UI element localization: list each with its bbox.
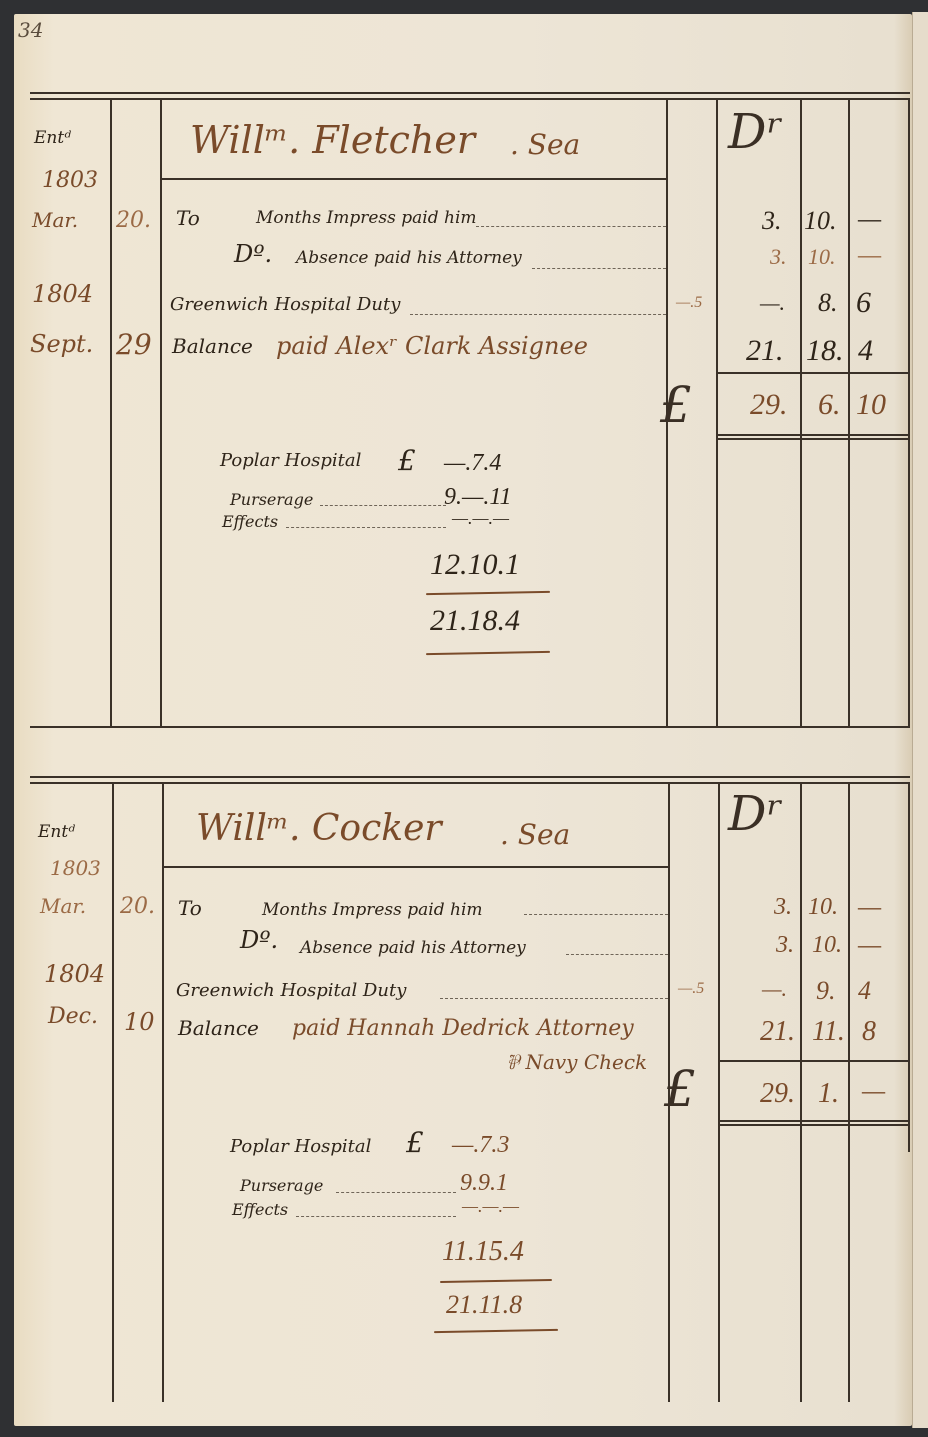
entered-year: 1803 (50, 856, 101, 880)
breakdown-label: Poplar Hospital (230, 1136, 371, 1157)
breakdown-value: 9.—.11 (444, 484, 512, 511)
entered-day: 20. (116, 208, 151, 233)
line-prefix: To (178, 896, 202, 920)
line-pence: — (858, 930, 881, 960)
pound-sign: £ (660, 376, 692, 434)
account-name: Willᵐ. Cocker (196, 808, 442, 849)
line-shillings: 10. (808, 244, 836, 270)
line-pence: 6 (856, 286, 871, 320)
line-shillings: 11. (812, 1016, 845, 1048)
breakdown-value: —.7.3 (452, 1132, 509, 1159)
entered-day: 20. (120, 894, 155, 919)
line-prefix: Dº. (240, 926, 278, 954)
line-aside: —.5 (678, 980, 704, 998)
breakdown-symbol: £ (406, 1126, 424, 1159)
grand-total: 21.11.8 (446, 1290, 522, 1320)
line-pence: 4 (858, 334, 873, 368)
subtotal: 12.10.1 (430, 548, 520, 582)
debit-header: Dʳ (728, 104, 783, 160)
line-shillings: 9. (816, 976, 836, 1006)
settle-month: Dec. (48, 1004, 98, 1029)
line-pence: 4 (858, 976, 871, 1006)
line-shillings: 10. (808, 894, 838, 921)
line-pence: 8 (862, 1016, 876, 1048)
breakdown-value: 9.9.1 (460, 1170, 508, 1197)
breakdown-label: Purserage (240, 1176, 323, 1195)
line-pence: — (858, 892, 881, 922)
line-text: Months Impress paid him (256, 208, 477, 228)
facing-page-edge (912, 12, 928, 1428)
entered-label: Entᵈ (38, 822, 75, 842)
line-pounds: 3. (774, 894, 792, 921)
balance-note-2: ⅌ Navy Check (506, 1048, 647, 1075)
breakdown-label: Effects (222, 512, 278, 531)
line-prefix: To (176, 206, 200, 230)
breakdown-value: —.7.4 (444, 450, 501, 477)
entered-month: Mar. (32, 208, 78, 232)
line-pounds: —. (762, 976, 787, 1002)
line-aside: —.5 (676, 294, 702, 312)
line-text: Absence paid his Attorney (296, 248, 522, 268)
settle-day: 10 (124, 1008, 155, 1036)
entered-month: Mar. (40, 894, 86, 918)
entered-year: 1803 (42, 168, 98, 193)
grand-total: 21.18.4 (430, 604, 520, 638)
line-shillings: 18. (806, 334, 844, 368)
balance-note: paid Hannah Dedrick Attorney (292, 1016, 634, 1041)
breakdown-label: Effects (232, 1200, 288, 1219)
line-pounds: —. (760, 290, 785, 316)
balance-note: paid Alexʳ Clark Assignee (276, 332, 588, 360)
line-pounds: 3. (762, 206, 782, 236)
account-rating: . Sea (510, 128, 580, 161)
settle-year: 1804 (32, 280, 93, 308)
account-rating: . Sea (500, 818, 570, 851)
breakdown-value: —.—.— (452, 508, 509, 529)
debit-header: Dʳ (728, 786, 783, 842)
total-shillings: 6. (818, 388, 841, 422)
line-text: Greenwich Hospital Duty (176, 980, 406, 1001)
breakdown-value: —.—.— (462, 1196, 519, 1217)
line-text: Months Impress paid him (262, 900, 483, 920)
line-shillings: 8. (818, 288, 838, 318)
total-pence: 10 (856, 388, 886, 422)
line-pence: — (858, 204, 881, 234)
breakdown-symbol: £ (398, 444, 416, 477)
line-pounds: 21. (746, 334, 784, 368)
settle-day: 29 (116, 328, 152, 361)
line-pounds: 21. (760, 1016, 795, 1048)
page-number: 34 (18, 18, 43, 42)
total-pounds: 29. (750, 388, 788, 422)
line-shillings: 10. (812, 932, 842, 959)
line-text: Absence paid his Attorney (300, 938, 526, 958)
breakdown-label: Poplar Hospital (220, 450, 361, 471)
settle-month: Sept. (30, 330, 93, 358)
line-pounds: 3. (776, 932, 794, 959)
line-text: Balance (178, 1016, 259, 1040)
line-shillings: 10. (804, 206, 837, 236)
line-pounds: 3. (770, 244, 787, 270)
line-prefix: Dº. (234, 240, 272, 268)
entered-label: Entᵈ (34, 128, 71, 148)
line-pence: — (858, 240, 881, 270)
account-name: Willᵐ. Fletcher (190, 118, 475, 162)
total-pounds: 29. (760, 1078, 795, 1110)
total-shillings: 1. (818, 1078, 839, 1110)
breakdown-label: Purserage (230, 490, 313, 509)
line-text: Greenwich Hospital Duty (170, 294, 400, 315)
settle-year: 1804 (44, 960, 105, 988)
line-text: Balance (172, 334, 253, 358)
pound-sign: £ (664, 1060, 696, 1118)
subtotal: 11.15.4 (442, 1236, 524, 1268)
total-pence: — (862, 1076, 885, 1106)
